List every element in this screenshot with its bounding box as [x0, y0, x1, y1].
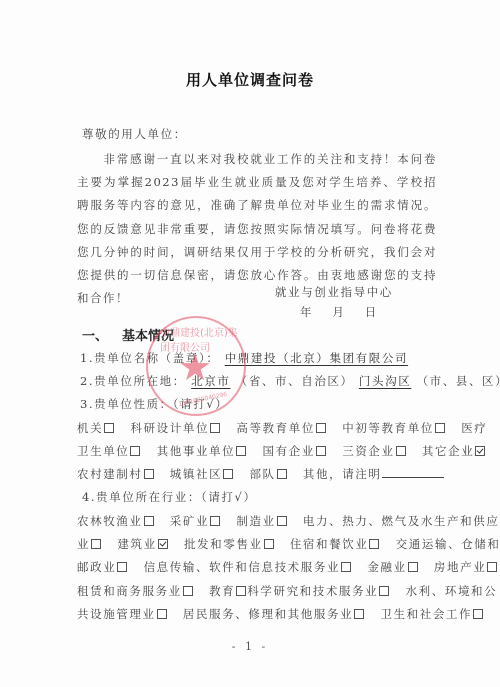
option-construction[interactable]: 建筑业 — [117, 537, 168, 551]
option-state-owned[interactable]: 国有企业 — [263, 444, 327, 458]
checkbox-icon[interactable] — [223, 469, 233, 479]
option-label: 部队 — [249, 467, 275, 481]
option-label: 居民服务、修理和其他服务业 — [183, 607, 353, 621]
option-label: 国有企业 — [263, 444, 315, 458]
option-label: 采矿业 — [170, 514, 209, 528]
option-jiguan[interactable]: 机关 — [77, 421, 115, 435]
option-mining[interactable]: 采矿业 — [170, 514, 221, 528]
option-real-estate[interactable]: 房地产业 — [434, 560, 498, 574]
page-number: - 1 - — [0, 640, 500, 653]
option-label: 高等教育单位 — [236, 421, 315, 435]
checkbox-icon[interactable] — [144, 516, 154, 526]
option-label: 机关 — [77, 421, 103, 435]
option-leasing[interactable]: 租赁和商务服务业 — [77, 584, 194, 598]
option-hospitality[interactable]: 住宿和餐饮业 — [290, 537, 381, 551]
q3-options-row-2: 卫生单位 其他事业单位 国有企业 三资企业 其它企业 — [77, 443, 496, 459]
q4-options-row-4: 租赁和商务服务业 教育科学研究和技术服务业 水利、环境和公 — [77, 583, 497, 599]
city-suffix: （市、县、区） — [417, 374, 500, 388]
checkbox-icon[interactable] — [210, 516, 220, 526]
other-specify-field[interactable] — [382, 467, 444, 478]
option-utilities[interactable]: 业 — [77, 537, 102, 551]
option-label: 信息传输、软件和信息技术服务业 — [144, 560, 341, 574]
checkbox-icon[interactable] — [91, 539, 101, 549]
question-1: 1.贵单位名称（盖章）： 中鼎建投（北京）集团有限公司 — [80, 350, 408, 366]
option-other-enterprise[interactable]: 其它企业 — [422, 444, 486, 458]
option-label: 金融业 — [367, 560, 406, 574]
option-label: 三资企业 — [342, 444, 394, 458]
option-primary-secondary-education[interactable]: 中初等教育单位 — [342, 421, 446, 435]
option-it[interactable]: 信息传输、软件和信息技术服务业 — [144, 560, 353, 574]
option-label: 房地产业 — [434, 560, 486, 574]
document-title: 用人单位调查问卷 — [0, 69, 500, 90]
option-urban-community[interactable]: 城镇社区 — [170, 467, 234, 481]
q4-options-row-5: 共设施管理业 居民服务、修理和其他服务业 卫生和社会工作 — [77, 606, 484, 622]
section-heading: 一、基本情况 — [82, 325, 174, 344]
option-label: 农村建制村 — [77, 467, 143, 481]
checkbox-icon[interactable] — [316, 423, 326, 433]
option-label: 住宿和餐饮业 — [290, 537, 369, 551]
checkbox-icon[interactable] — [264, 539, 274, 549]
option-transport[interactable]: 邮政业 — [77, 560, 128, 574]
option-label: 租赁和商务服务业 — [77, 584, 182, 598]
option-label: 城镇社区 — [170, 467, 222, 481]
option-label: 批发和零售业 — [184, 537, 263, 551]
q4-options-row-2: 业 建筑业 批发和零售业 住宿和餐饮业 交通运输、仓储和 — [77, 536, 500, 552]
option-agriculture[interactable]: 农林牧渔业 — [77, 514, 155, 528]
option-label: 中初等教育单位 — [342, 421, 434, 435]
section-number: 一、 — [82, 329, 108, 344]
option-utilities-part1: 电力、热力、燃气及水生产和供应 — [303, 514, 500, 528]
checkbox-icon[interactable] — [369, 539, 379, 549]
option-label: 建筑业 — [117, 537, 156, 551]
option-label: 卫生和社会工作 — [380, 607, 472, 621]
checkbox-icon[interactable] — [183, 586, 193, 596]
checkbox-icon[interactable] — [130, 446, 140, 456]
option-other-public-institution[interactable]: 其他事业单位 — [157, 444, 248, 458]
checkbox-icon[interactable] — [435, 423, 445, 433]
option-label: 教育 — [209, 584, 235, 598]
checked-checkbox-icon[interactable] — [475, 446, 485, 456]
q3-label: 3.贵单位性质：（请打√） — [80, 396, 228, 412]
checkbox-icon[interactable] — [354, 609, 364, 619]
checkbox-icon[interactable] — [487, 562, 497, 572]
checkbox-icon[interactable] — [157, 609, 167, 619]
option-water-env[interactable]: 共设施管理业 — [77, 607, 168, 621]
option-manufacturing[interactable]: 制造业 — [236, 514, 287, 528]
q4-options-row-3: 邮政业 信息传输、软件和信息技术服务业 金融业 房地产业 — [77, 559, 500, 575]
checkbox-icon[interactable] — [210, 423, 220, 433]
province-suffix: （省、市、自治区） — [236, 374, 354, 388]
option-water-env-part1: 水利、环境和公 — [406, 584, 498, 598]
checkbox-icon[interactable] — [236, 446, 246, 456]
option-research[interactable]: 科学研究和技术服务业 — [247, 584, 390, 598]
questionnaire-page: 用人单位调查问卷 尊敬的用人单位： 非常感谢一直以来对我校就业工作的关注和支持！… — [0, 0, 500, 687]
province-field[interactable]: 北京市 — [191, 374, 230, 388]
option-education[interactable]: 教育 — [209, 584, 247, 598]
option-label: 科学研究和技术服务业 — [247, 584, 378, 598]
checkbox-icon[interactable] — [104, 423, 114, 433]
question-2: 2.贵单位所在地： 北京市 （省、市、自治区） 门头沟区 （市、县、区） — [80, 373, 500, 389]
signature-date: 年 月 日 — [300, 304, 378, 320]
checkbox-icon[interactable] — [277, 516, 287, 526]
option-higher-education[interactable]: 高等教育单位 — [236, 421, 327, 435]
city-field[interactable]: 门头沟区 — [359, 374, 411, 388]
greeting: 尊敬的用人单位： — [82, 126, 187, 142]
option-military[interactable]: 部队 — [249, 467, 287, 481]
option-label: 其它企业 — [422, 444, 474, 458]
checked-checkbox-icon[interactable] — [158, 539, 168, 549]
option-label: 其他事业单位 — [157, 444, 236, 458]
checkbox-icon[interactable] — [473, 609, 483, 619]
checkbox-icon[interactable] — [277, 469, 287, 479]
option-finance[interactable]: 金融业 — [367, 560, 418, 574]
option-resident-services[interactable]: 居民服务、修理和其他服务业 — [183, 607, 365, 621]
checkbox-icon[interactable] — [379, 586, 389, 596]
option-label: 科研设计单位 — [130, 421, 209, 435]
q3-options-row-3: 农村建制村 城镇社区 部队 其他，请注明 — [77, 466, 444, 482]
option-label: 制造业 — [236, 514, 275, 528]
company-name-field[interactable]: 中鼎建投（北京）集团有限公司 — [225, 351, 408, 365]
checkbox-icon[interactable] — [144, 469, 154, 479]
option-health-social[interactable]: 卫生和社会工作 — [380, 607, 484, 621]
checkbox-icon[interactable] — [341, 562, 351, 572]
intro-text: 非常感谢一直以来对我校就业工作的关注和支持！本问卷主要为掌握2023届毕业生就业… — [77, 152, 437, 305]
option-foreign-invested[interactable]: 三资企业 — [342, 444, 406, 458]
checkbox-icon[interactable] — [408, 562, 418, 572]
q3-options-row-1: 机关 科研设计单位 高等教育单位 中初等教育单位 医疗 — [77, 420, 487, 436]
checkbox-icon[interactable] — [316, 446, 326, 456]
option-medical-health[interactable]: 卫生单位 — [77, 444, 141, 458]
q4-label: 4.贵单位所在行业：（请打√） — [82, 489, 257, 505]
option-wholesale-retail[interactable]: 批发和零售业 — [184, 537, 275, 551]
option-research-design[interactable]: 科研设计单位 — [130, 421, 221, 435]
checkbox-icon[interactable] — [236, 586, 246, 596]
checkbox-icon[interactable] — [117, 562, 127, 572]
section-title: 基本情况 — [122, 329, 174, 344]
q2-label: 2.贵单位所在地： — [80, 374, 186, 388]
option-transport-part1: 交通运输、仓储和 — [396, 537, 500, 551]
checkbox-icon[interactable] — [396, 446, 406, 456]
q1-label: 1.贵单位名称（盖章）： — [80, 351, 219, 365]
other-specify-label: 其他，请注明 — [303, 467, 382, 481]
option-medical-part1: 医疗 — [461, 421, 487, 435]
signature-org: 就业与创业指导中心 — [275, 284, 393, 300]
q4-options-row-1: 农林牧渔业 采矿业 制造业 电力、热力、燃气及水生产和供应 — [77, 513, 499, 529]
option-label: 农林牧渔业 — [77, 514, 143, 528]
option-village[interactable]: 农村建制村 — [77, 467, 155, 481]
